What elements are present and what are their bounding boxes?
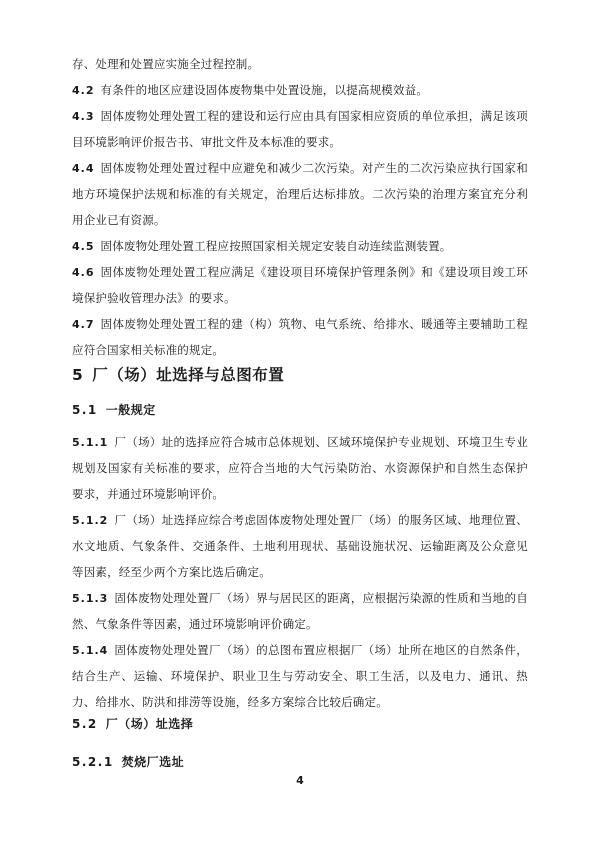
- clause-paragraph: 4.4固体废物处理处置过程中应避免和减少二次污染。对产生的二次污染应执行国家和地…: [72, 156, 528, 234]
- clause-text: 固体废物处理处置工程的建设和运行应由具有国家相应资质的单位承担，满足该项目环境影…: [72, 111, 528, 149]
- clause-paragraph: 5.1.2厂（场）址选择应综合考虑固体废物处理处置厂（场）的服务区域、地理位置、…: [72, 508, 528, 586]
- clause-text: 厂（场）址选择应综合考虑固体废物处理处置厂（场）的服务区域、地理位置、水文地质、…: [72, 515, 528, 579]
- clause-paragraph: 4.5固体废物处理处置工程应按照国家相关规定安装自动连续监测装置。: [72, 234, 528, 260]
- clause-number: 5.1.1: [72, 436, 108, 449]
- clause-text: 固体废物处理处置厂（场）的总图布置应根据厂（场）址所在地区的自然条件，结合生产、…: [72, 645, 528, 709]
- clause-paragraph: 存、处理和处置应实施全过程控制。: [72, 52, 528, 78]
- clause-number: 5.2: [72, 717, 98, 731]
- clause-number: 4.6: [72, 266, 95, 279]
- clause-text: 固体废物处理处置工程应按照国家相关规定安装自动连续监测装置。: [101, 241, 452, 253]
- document-content: 存、处理和处置应实施全过程控制。4.2有条件的地区应建设固体废物集中处置设施，以…: [72, 52, 528, 770]
- clause-number: 5.1.2: [72, 514, 108, 527]
- clause-text: 固体废物处理处置工程应满足《建设项目环境保护管理条例》和《建设项目竣工环境保护验…: [72, 267, 528, 305]
- clause-text: 厂（场）址的选择应符合城市总体规划、区域环境保护专业规划、环境卫生专业规划及国家…: [72, 437, 528, 501]
- page-number: 4: [0, 774, 600, 788]
- clause-paragraph: 5.1.4固体废物处理处置厂（场）的总图布置应根据厂（场）址所在地区的自然条件，…: [72, 638, 528, 716]
- clause-text: 焚烧厂选址: [122, 755, 185, 769]
- clause-number: 4.4: [72, 162, 95, 175]
- clause-paragraph: 4.6固体废物处理处置工程应满足《建设项目环境保护管理条例》和《建设项目竣工环境…: [72, 260, 528, 312]
- clause-paragraph: 5.1.3固体废物处理处置厂（场）界与居民区的距离，应根据污染源的性质和当地的自…: [72, 586, 528, 638]
- clause-paragraph: 4.3固体废物处理处置工程的建设和运行应由具有国家相应资质的单位承担，满足该项目…: [72, 104, 528, 156]
- clause-number: 4.5: [72, 240, 95, 253]
- clause-text: 存、处理和处置应实施全过程控制。: [72, 59, 259, 71]
- clause-number: 4.7: [72, 318, 95, 331]
- clause-paragraph: 5.1.1厂（场）址的选择应符合城市总体规划、区域环境保护专业规划、环境卫生专业…: [72, 430, 528, 508]
- clause-text: 厂（场）址选择与总图布置: [92, 366, 284, 384]
- subsection-heading: 5.1一般规定: [72, 402, 528, 418]
- clause-text: 有条件的地区应建设固体废物集中处置设施，以提高规模效益。: [101, 85, 429, 97]
- clause-text: 固体废物处理处置过程中应避免和减少二次污染。对产生的二次污染应执行国家和地方环境…: [72, 163, 528, 227]
- document-page: 存、处理和处置应实施全过程控制。4.2有条件的地区应建设固体废物集中处置设施，以…: [0, 0, 600, 848]
- clause-text: 一般规定: [106, 403, 156, 417]
- clause-number: 4.2: [72, 84, 95, 97]
- clause-paragraph: 4.2有条件的地区应建设固体废物集中处置设施，以提高规模效益。: [72, 78, 528, 104]
- clause-text: 固体废物处理处置工程的建（构）筑物、电气系统、给排水、暖通等主要辅助工程应符合国…: [72, 319, 528, 357]
- chapter-heading: 5厂（场）址选择与总图布置: [72, 364, 528, 386]
- clause-number: 5.1.3: [72, 592, 108, 605]
- subsubsection-heading: 5.2.1焚烧厂选址: [72, 754, 528, 770]
- subsection-heading: 5.2厂（场）址选择: [72, 716, 528, 732]
- clause-number: 5.1.4: [72, 644, 108, 657]
- clause-number: 4.3: [72, 110, 95, 123]
- clause-text: 厂（场）址选择: [106, 717, 194, 731]
- clause-number: 5.2.1: [72, 755, 114, 769]
- clause-text: 固体废物处理处置厂（场）界与居民区的距离，应根据污染源的性质和当地的自然、气象条…: [72, 593, 528, 631]
- clause-number: 5: [72, 366, 84, 384]
- clause-paragraph: 4.7固体废物处理处置工程的建（构）筑物、电气系统、给排水、暖通等主要辅助工程应…: [72, 312, 528, 364]
- clause-number: 5.1: [72, 403, 98, 417]
